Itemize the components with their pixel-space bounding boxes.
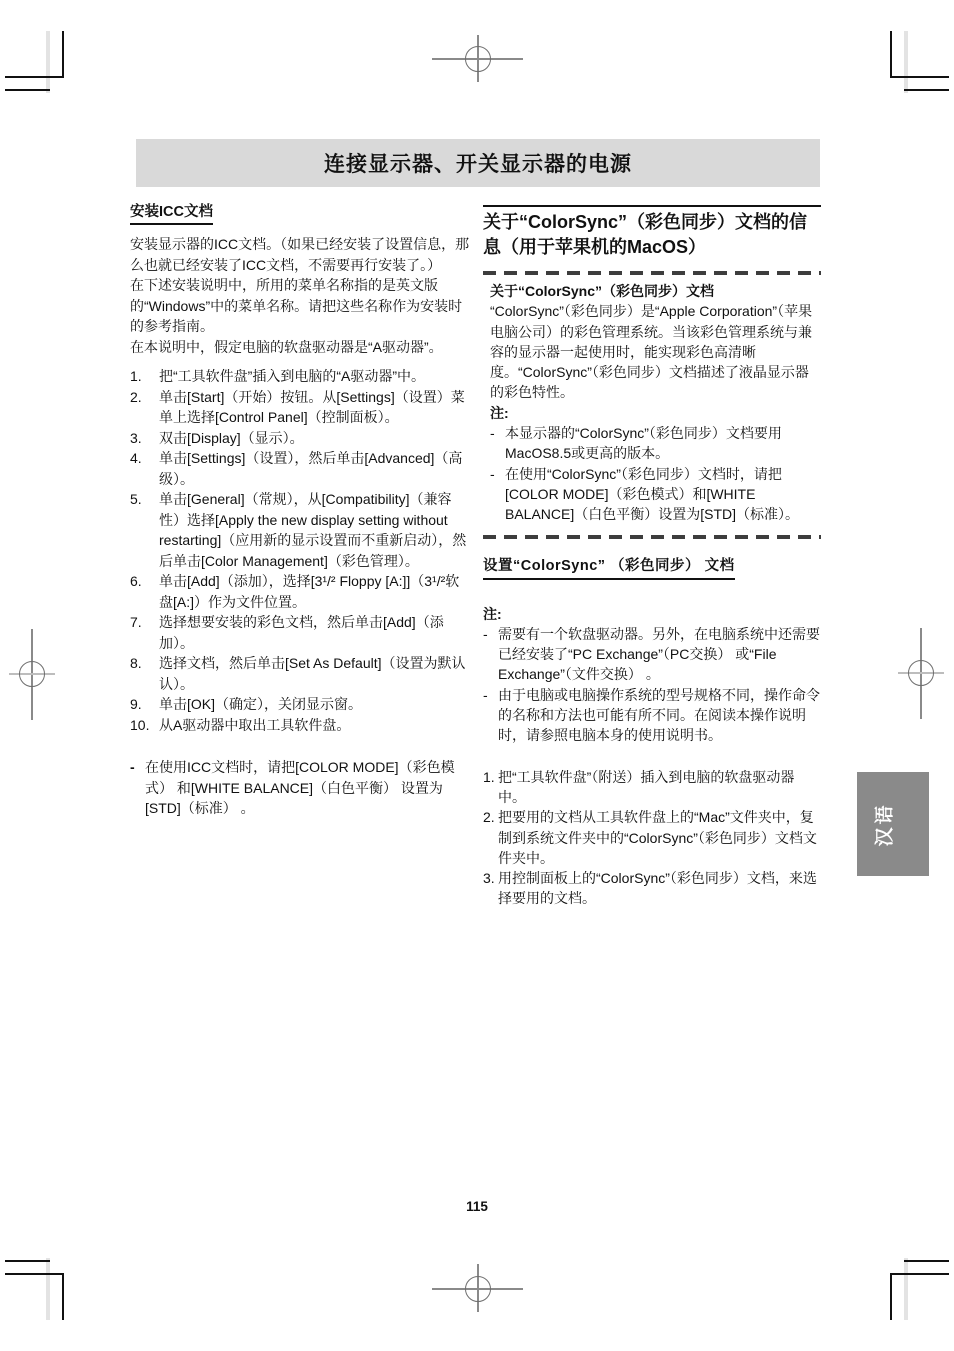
icc-usage-note: - 在使用ICC文档时，请把[COLOR MODE]（彩色模式） 和[WHITE… xyxy=(130,757,472,819)
setup-steps: 1.把“工具软件盘”（附送）插入到电脑的软盘驱动器中。 2.把要用的文档从工具软… xyxy=(483,767,821,909)
dash-marker: - xyxy=(483,685,498,746)
page-title: 连接显示器、开关显示器的电源 xyxy=(324,148,632,178)
dash-marker: - xyxy=(490,464,505,525)
step-item: 6.单击[Add]（添加），选择[3¹/² Floppy [A:]]（3¹/²软… xyxy=(130,571,472,612)
step-item: 9.单击[OK]（确定），关闭显示窗。 xyxy=(130,694,472,715)
colorsync-info-box: 关于“ColorSync”（彩色同步）文档 “ColorSync”（彩色同步）是… xyxy=(483,271,821,539)
heading-overline: 关于“ColorSync”（彩色同步）文档的信息（用于苹果机的MacOS） xyxy=(483,205,821,260)
install-icc-intro: 安装显示器的ICC文档。（如果已经安装了设置信息，那么也就已经安装了ICC文档，… xyxy=(130,234,472,357)
info-box-body: “ColorSync”（彩色同步）是“Apple Corporation”（苹果… xyxy=(490,301,821,402)
dash-marker: - xyxy=(490,423,505,464)
dash-marker: - xyxy=(130,757,145,819)
step-item: 3.用控制面板上的“ColorSync”（彩色同步）文档，来选择要用的文档。 xyxy=(483,868,821,909)
step-item: 7.选择想要安装的彩色文档，然后单击[Add]（添加）。 xyxy=(130,612,472,653)
step-item: 3.双击[Display]（显示）。 xyxy=(130,428,472,449)
step-item: 2.把要用的文档从工具软件盘上的“Mac”文件夹中，复制到系统文件夹中的“Col… xyxy=(483,807,821,868)
section-heading-colorsync-setup: 设置“ColorSync” （彩色同步） 文档 xyxy=(483,558,735,580)
dash-marker: - xyxy=(483,624,498,685)
step-item: 1.把“工具软件盘”（附送）插入到电脑的软盘驱动器中。 xyxy=(483,767,821,808)
intro-paragraph: 在本说明中，假定电脑的软盘驱动器是“A驱动器”。 xyxy=(130,337,472,358)
step-item: 4.单击[Settings]（设置），然后单击[Advanced]（高级）。 xyxy=(130,448,472,489)
manual-page: 连接显示器、开关显示器的电源 安装ICC文档 安装显示器的ICC文档。（如果已经… xyxy=(0,0,954,1351)
page-title-bar: 连接显示器、开关显示器的电源 xyxy=(136,139,820,187)
intro-paragraph: 安装显示器的ICC文档。（如果已经安装了设置信息，那么也就已经安装了ICC文档，… xyxy=(130,234,472,275)
intro-paragraph: 在下述安装说明中，所用的菜单名称指的是英文版的“Windows”中的菜单名称。请… xyxy=(130,275,472,337)
step-item: 1.把“工具软件盘”插入到电脑的“A驱动器”中。 xyxy=(130,366,472,387)
setup-note-item: - 需要有一个软盘驱动器。另外，在电脑系统中还需要已经安装了“PC Exchan… xyxy=(483,624,821,685)
info-note-item: - 在使用“ColorSync”（彩色同步）文档时，请把[COLOR MODE]… xyxy=(490,464,821,525)
info-box-title: 关于“ColorSync”（彩色同步）文档 xyxy=(490,281,821,301)
setup-note-item: - 由于电脑或电脑操作系统的型号规格不同，操作命令的名称和方法也可能有所不同。在… xyxy=(483,685,821,746)
step-item: 5.单击[General]（常规），从[Compatibility]（兼容性）选… xyxy=(130,489,472,571)
note-label: 注: xyxy=(490,403,821,423)
note-label: 注: xyxy=(483,604,821,624)
page-number: 115 xyxy=(417,1199,537,1214)
step-item: 2.单击[Start]（开始）按钮。从[Settings]（设置）菜单上选择[C… xyxy=(130,387,472,428)
section-heading-colorsync-info: 关于“ColorSync”（彩色同步）文档的信息（用于苹果机的MacOS） xyxy=(483,210,821,260)
section-heading-install-icc: 安装ICC文档 xyxy=(130,204,213,225)
setup-notes: 注: - 需要有一个软盘驱动器。另外，在电脑系统中还需要已经安装了“PC Exc… xyxy=(483,604,821,746)
left-column: 安装ICC文档 安装显示器的ICC文档。（如果已经安装了设置信息，那么也就已经安… xyxy=(130,201,472,819)
language-tab-label: 汉语 xyxy=(869,802,896,846)
right-column: 关于“ColorSync”（彩色同步）文档的信息（用于苹果机的MacOS） 关于… xyxy=(483,205,821,909)
step-item: 8.选择文档，然后单击[Set As Default]（设置为默认认）。 xyxy=(130,653,472,694)
install-icc-steps: 1.把“工具软件盘”插入到电脑的“A驱动器”中。 2.单击[Start]（开始）… xyxy=(130,366,472,735)
language-tab: 汉语 xyxy=(857,772,929,876)
step-item: 10.从A驱动器中取出工具软件盘。 xyxy=(130,715,472,736)
info-note-item: - 本显示器的“ColorSync”（彩色同步）文档要用MacOS8.5或更高的… xyxy=(490,423,821,464)
